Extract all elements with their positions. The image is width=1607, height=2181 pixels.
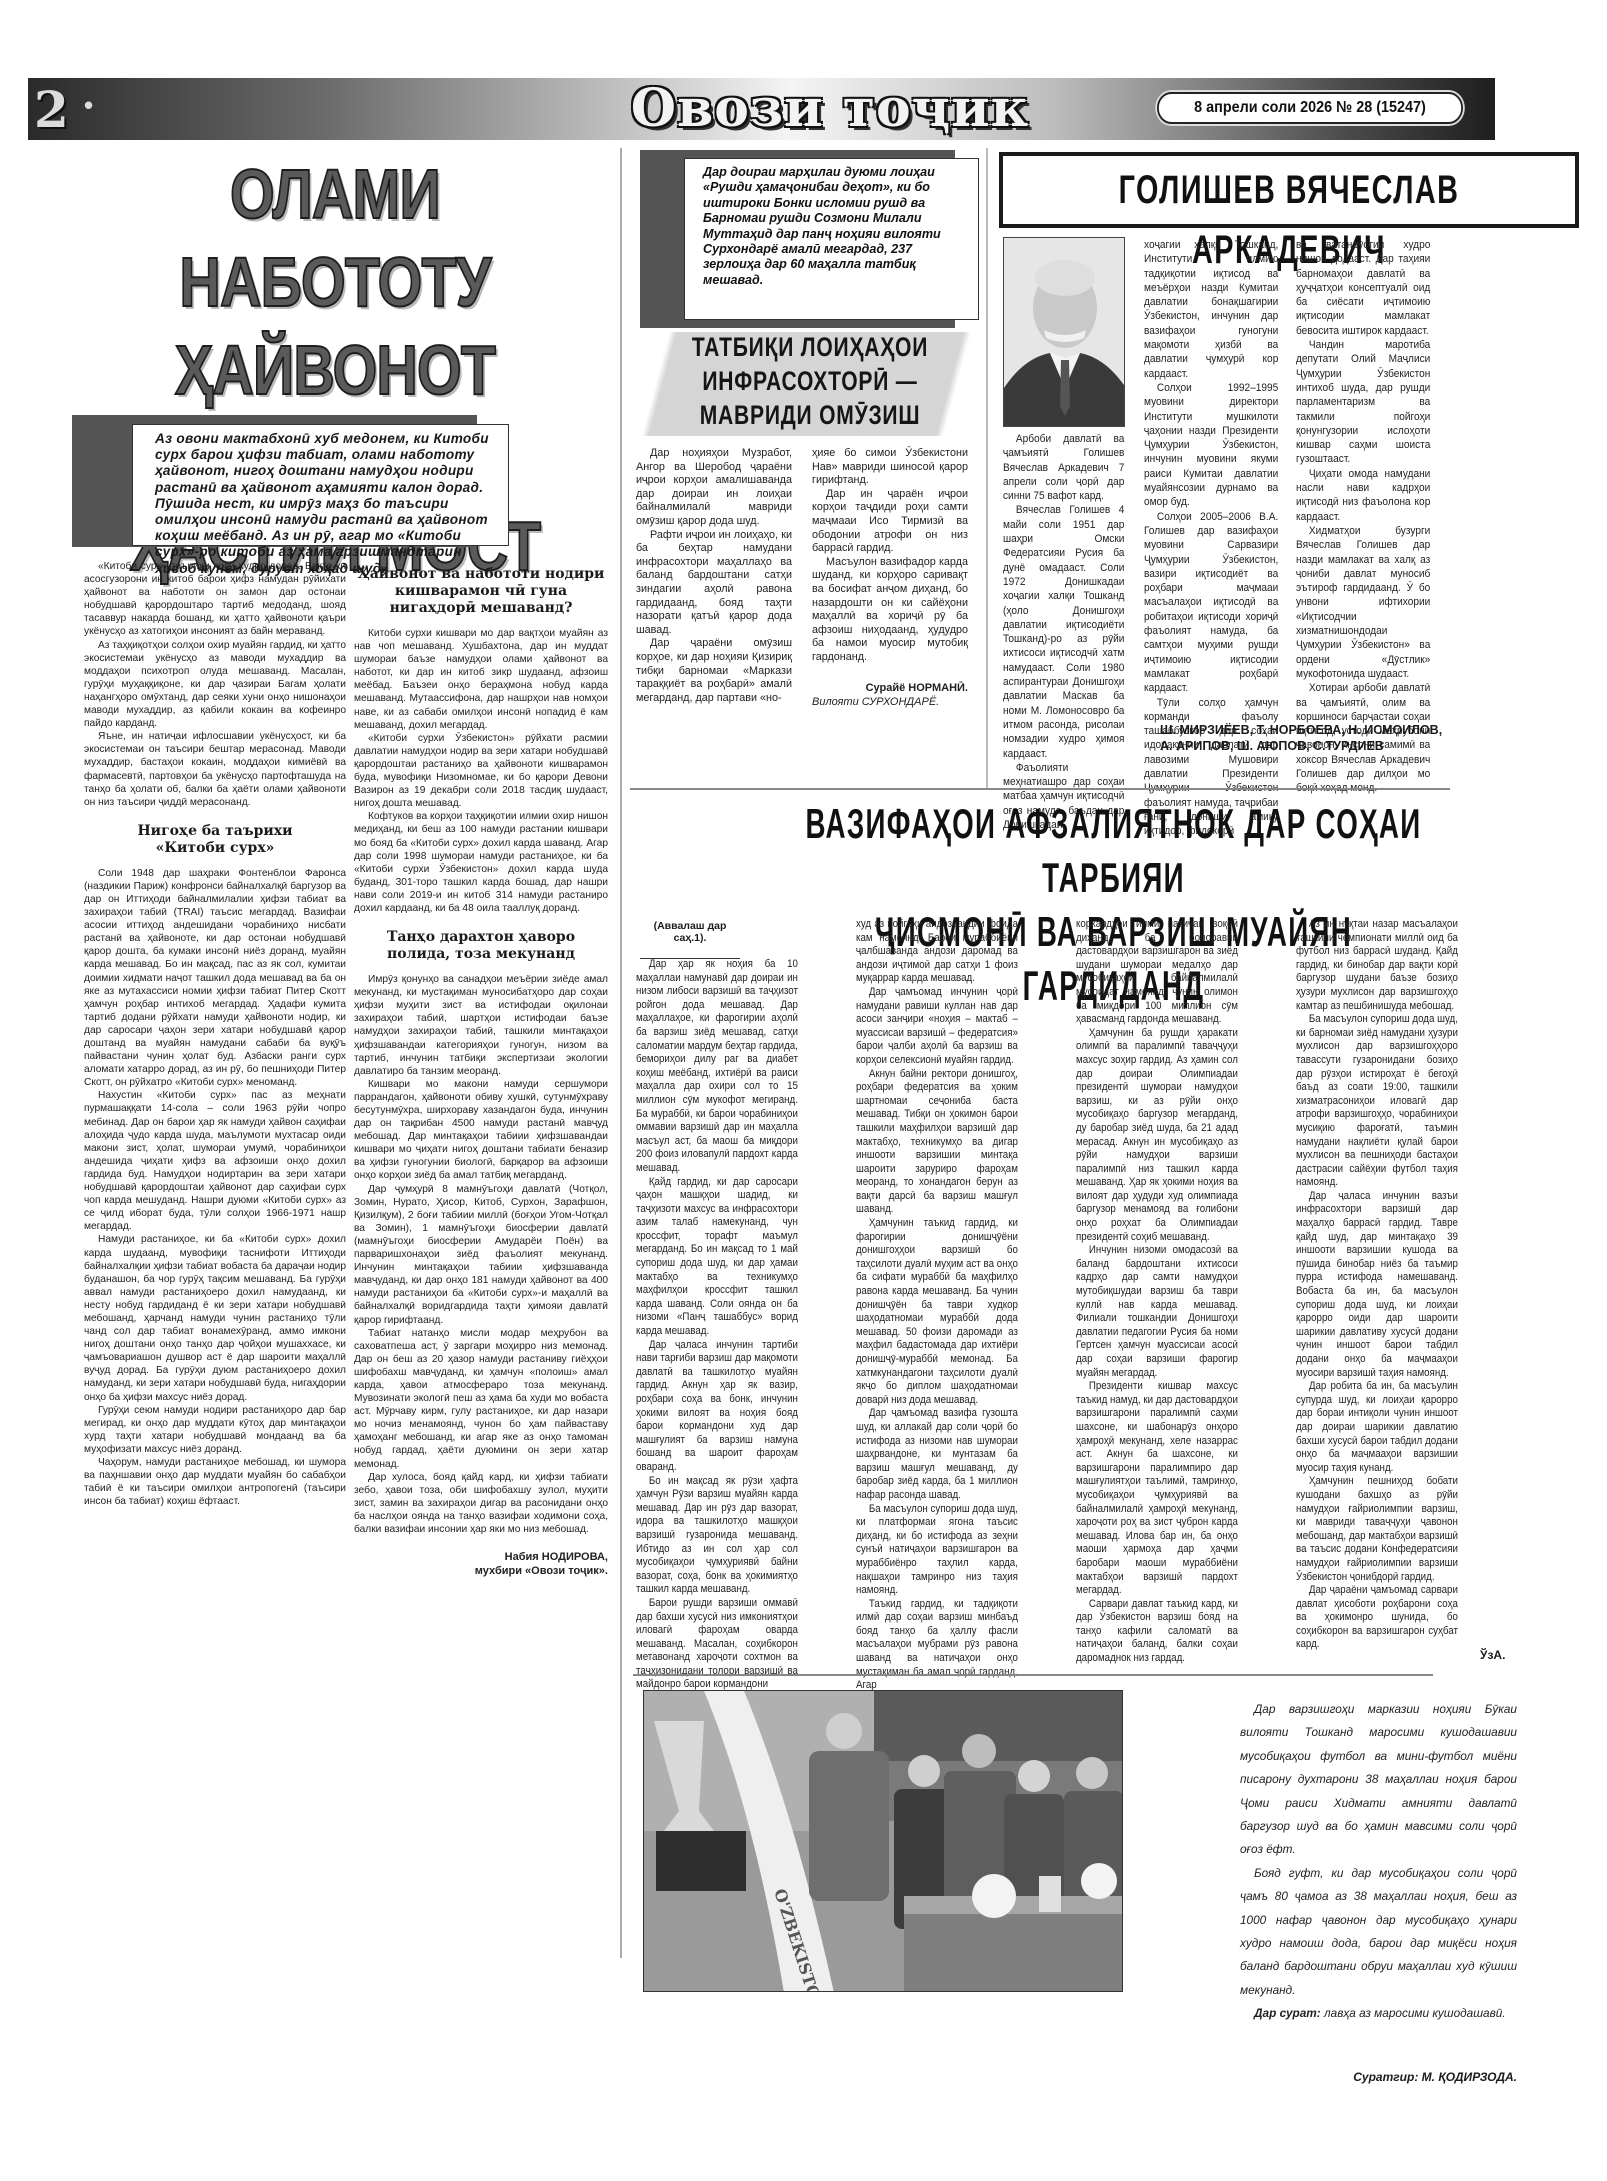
signatories-line: Ш. МИРЗИЁЕВ, Т. НОРБОЕВА, Н. ИСМОИЛОВ, xyxy=(1160,722,1580,738)
paragraph: «Китоби сурх» таърихи хоси худро дорад. … xyxy=(84,560,346,639)
paragraph: Аз таҳқиқотҳои солҳои охир муайян гардид… xyxy=(84,639,346,731)
paragraph: Ба масъулон супориш дода шуд, ки платфор… xyxy=(856,1503,1018,1598)
paragraph: Табиат натанҳо мисли модар меҳрубон ва с… xyxy=(354,1327,608,1471)
photo-description: Дар сурат: лавҳа аз маросими кушодашавӣ. xyxy=(1240,2002,1517,2025)
football-ceremony-photo: O'ZBEKISTON xyxy=(643,1690,1123,1992)
author-place: Вилояти СУРХОНДАРЁ. xyxy=(812,695,968,709)
infra-article-headline: ТАТБИҚИ ЛОИҲАҲОИ ИНФРАСОХТОРӢ — МАВРИДИ … xyxy=(677,330,942,432)
paragraph: Таъкид гардид, ки тадқиқоти илмӣ дар соҳ… xyxy=(856,1598,1018,1693)
paragraph: Дар ҷамъомад вазифа гузошта шуд, ки алла… xyxy=(856,1407,1018,1502)
headline-line: ИНФРАСОХТОРӢ — xyxy=(677,364,942,398)
paragraph: Чандин маротиба депутати Олий Маҷлиси Ҷу… xyxy=(1296,338,1430,467)
photo-label: Дар сурат: xyxy=(1254,2006,1321,2020)
source-credit: ЎзА. xyxy=(1480,1648,1505,1662)
paragraph: Дар робита ба ин, ба масъулин супурда шу… xyxy=(1296,1380,1458,1475)
paragraph: Китоби сурхи кишвари мо дар вақтҳои муай… xyxy=(354,627,608,732)
paragraph: Гурӯҳи сеюм намуди нодири растаниҳоро да… xyxy=(84,1404,346,1456)
photographer-credit: Суратгир: М. ҚОДИРЗОДА. xyxy=(1240,2070,1517,2084)
paragraph: Дар ҷамъомад инчунин ҷорӣ намудани равиш… xyxy=(856,986,1018,1068)
infra-article-column-2: ҳияе бо симои Ӯзбекистони Нав» мавриди ш… xyxy=(812,447,968,709)
section-divider xyxy=(633,1674,1433,1676)
paragraph: «Китоби сурхи Ӯзбекистон» рӯйхати расмии… xyxy=(354,732,608,811)
paragraph: Масъулон вазифадор карда шуданд, ки корҳ… xyxy=(812,556,968,665)
author-name: Набия НОДИРОВА, xyxy=(354,1550,608,1564)
headline-line: ТАТБИҚИ ЛОИҲАҲОИ xyxy=(677,330,942,364)
headline-line: МАВРИДИ ОМӮЗИШ xyxy=(677,398,942,432)
headline-line: ОЛАМИ НАБОТОТУ xyxy=(110,150,561,326)
paragraph: Кофтуков ва корҳои таҳқиқотии илмии охир… xyxy=(354,810,608,915)
obituary-signatories: Ш. МИРЗИЁЕВ, Т. НОРБОЕВА, Н. ИСМОИЛОВ, А… xyxy=(1160,722,1580,754)
paragraph: ва ватандӯстии худро нишон додааст. Дар … xyxy=(1296,238,1430,338)
paragraph: Ҳамчунин пешниҳод бобати кушодани бахшҳо… xyxy=(1296,1475,1458,1584)
paragraph: Арбоби давлатӣ ва ҷамъиятӣ Голишев Вячес… xyxy=(1003,432,1124,503)
ceremony-scene-icon: O'ZBEKISTON xyxy=(644,1691,1123,1992)
paragraph: Имрӯз қонунҳо ва санадҳои меъёрии зиёде … xyxy=(354,973,608,1078)
nature-article-column-2: Ҳайвонот ва набототи нодири кишварамон ч… xyxy=(354,566,608,1578)
paragraph: Вячеслав Голишев 4 майи соли 1951 дар ша… xyxy=(1003,503,1124,760)
author-role: мухбири «Овози тоҷик». xyxy=(354,1564,608,1578)
paragraph: Намуди растаниҳое, ки ба «Китоби сурх» д… xyxy=(84,1233,346,1403)
photo-caption: Дар варзишгоҳи марказии ноҳияи Бӯкаи вил… xyxy=(1240,1698,1517,2026)
byline: Набия НОДИРОВА, мухбири «Овози тоҷик». xyxy=(354,1550,608,1578)
paragraph: Ҳамчунин таъкид гардид, ки фарогирии дон… xyxy=(856,1217,1018,1407)
paragraph: Президенти кишвар махсус таъкид намуд, к… xyxy=(1076,1380,1238,1598)
continued-from-label: (Аввалаш дар саҳ.1). xyxy=(640,920,740,959)
nature-article-column-1: «Китоби сурх» таърихи хоси худро дорад. … xyxy=(84,560,346,1508)
paragraph: Яъне, ин натиҷаи ифлосшавии укёнусҳост, … xyxy=(84,730,346,809)
paragraph: Нахустин «Китоби сурх» пас аз меҳнати пу… xyxy=(84,1089,346,1233)
paragraph: Дар ҷаласа инчунин вазъи инфрасохтори ва… xyxy=(1296,1190,1458,1380)
obituary-column-3: ва ватандӯстии худро нишон додааст. Дар … xyxy=(1296,238,1430,796)
subheading: Ҳайвонот ва набототи нодири кишварамон ч… xyxy=(354,566,608,617)
paragraph: Акнун байни ректори донишгоҳ, роҳбари фе… xyxy=(856,1068,1018,1218)
obituary-column-1: Арбоби давлатӣ ва ҷамъиятӣ Голишев Вячес… xyxy=(1003,432,1124,832)
paragraph: Дар хулоса, бояд қайд кард, ки ҳифзи таб… xyxy=(354,1471,608,1536)
obituary-name: ГОЛИШЕВ ВЯЧЕСЛАВ АРКАДЕВИЧ xyxy=(1080,160,1498,280)
paragraph: Ҳамчунин ба рушди ҳаракати олимпӣ ва пар… xyxy=(1076,1027,1238,1245)
paragraph: коркардҳои илмӣ натиҷаи воқеӣ диҳанд, ба… xyxy=(1076,918,1238,1027)
paragraph: Кишвари мо макони намуди сершумори парра… xyxy=(354,1078,608,1183)
paragraph: Дар ҷумҳурӣ 8 мамнӯъгоҳи давлатӣ (Чотқол… xyxy=(354,1183,608,1327)
nature-article-lead: Аз овони мактабхонӣ хуб медонем, ки Кито… xyxy=(132,424,509,546)
paragraph: Солҳои 1992–1995 муовини директори Инсти… xyxy=(1144,381,1278,510)
paragraph: Қайд гардид, ки дар саросари ҷаҳон машқҳ… xyxy=(636,1176,798,1339)
paragraph: ҳияе бо симои Ӯзбекистони Нав» мавриди ш… xyxy=(812,447,968,488)
paragraph: Солҳои 2005–2006 В.А. Голишев дар вазифа… xyxy=(1144,510,1278,696)
paragraph: хоҷагии халқи Тошканд, Институти илмию т… xyxy=(1144,238,1278,381)
paragraph: Бо ин мақсад як рӯзи ҳафта ҳамчун Рӯзи в… xyxy=(636,1475,798,1597)
paragraph: Сарвари давлат таъкид кард, ки дар Ӯзбек… xyxy=(1076,1598,1238,1666)
paragraph: Инчунин низоми омодасозӣ ва баланд бардо… xyxy=(1076,1244,1238,1380)
issue-date-badge: 8 апрели соли 2026 № 28 (15247) xyxy=(1157,92,1463,124)
sports-article-column-2: худ аз пойгоҳи андозбандии фоида кам нам… xyxy=(856,918,1018,1693)
paragraph: Дар ҷараёни омӯзиш корҳое, ки дар ноҳияи… xyxy=(636,637,792,705)
paragraph: Дар ноҳияҳои Музработ, Ангор ва Шеробод … xyxy=(636,447,792,529)
paragraph: Чаҳорум, намуди растаниҳое мебошад, ки ш… xyxy=(84,1456,346,1508)
portrait-photo xyxy=(1003,237,1125,427)
headline-line: ВАЗИФАҲОИ АФЗАЛИЯТНОК ДАР СОҲАИ ТАРБИЯИ xyxy=(788,797,1439,905)
byline: Сурайё НОРМАНӢ. Вилояти СУРХОНДАРЁ. xyxy=(812,681,968,709)
paragraph: Соли 1948 дар шаҳраки Фонтенблои Фаронса… xyxy=(84,867,346,1090)
paragraph: Барои рушди варзиши оммавӣ дар бахши хус… xyxy=(636,1597,798,1692)
column-divider xyxy=(620,148,622,1958)
paragraph: Ҷиҳати омода намудани насли нави кадрҳои… xyxy=(1296,467,1430,524)
paragraph: худ аз пойгоҳи андозбандии фоида кам нам… xyxy=(856,918,1018,986)
infra-article-column-1: Дар ноҳияҳои Музработ, Ангор ва Шеробод … xyxy=(636,447,792,705)
photo-text: лавҳа аз маросими кушодашавӣ. xyxy=(1324,2006,1506,2020)
paragraph: Ба масъулон супориш дода шуд, ки барнома… xyxy=(1296,1013,1458,1190)
signatories-line: А. АРИПОВ, Ш. АЮПОВ, С.ТУРДИЕВ xyxy=(1160,738,1580,754)
portrait-figure-icon xyxy=(1004,238,1125,427)
paragraph: Дар ҷараёни ҷамъомад сарвари давлат ҳисо… xyxy=(1296,1584,1458,1652)
bullet-icon: • xyxy=(84,90,93,121)
paragraph: Бояд гуфт, ки дар мусобиқаҳои соли ҷорӣ … xyxy=(1240,1862,1517,2002)
sports-article-column-1: Дар ҳар як ноҳия ба 10 маҳаллаи намунавӣ… xyxy=(636,958,798,1692)
infra-article-lead: Дар доираи марҳилаи дуюми лоиҳаи «Рушди … xyxy=(684,158,979,320)
column-divider xyxy=(986,148,988,788)
section-divider xyxy=(630,788,1450,790)
paragraph: Дар ҷаласа инчунин тартиби нави тарғиби … xyxy=(636,1339,798,1475)
paragraph: Дар варзишгоҳи марказии ноҳияи Бӯкаи вил… xyxy=(1240,1698,1517,1862)
sports-article-column-4: Аз ин нуқтаи назар масъалаҳои ташкили че… xyxy=(1296,918,1458,1652)
paragraph: Хидматҳои бузурги Вячеслав Голишев дар н… xyxy=(1296,524,1430,681)
author-name: Сурайё НОРМАНӢ. xyxy=(812,681,968,695)
sports-article-column-3: коркардҳои илмӣ натиҷаи воқеӣ диҳанд, ба… xyxy=(1076,918,1238,1666)
paragraph: Аз ин нуқтаи назар масъалаҳои ташкили че… xyxy=(1296,918,1458,1013)
paragraph: Дар ин ҷараён иҷрои корҳои таҷдиди роҳи … xyxy=(812,488,968,556)
page-number: 2 xyxy=(34,80,69,140)
subheading: Танҳо дарахтон ҳаворо полида, тоза мекун… xyxy=(354,929,608,963)
paragraph: Рафти иҷрои ин лоиҳаҳо, ки ба беҳтар нам… xyxy=(636,529,792,638)
subheading: Нигоҳе ба таърихи «Китоби сурх» xyxy=(84,823,346,857)
paragraph: Дар ҳар як ноҳия ба 10 маҳаллаи намунавӣ… xyxy=(636,958,798,1176)
newspaper-title: Овози тоҷик xyxy=(560,78,1100,140)
